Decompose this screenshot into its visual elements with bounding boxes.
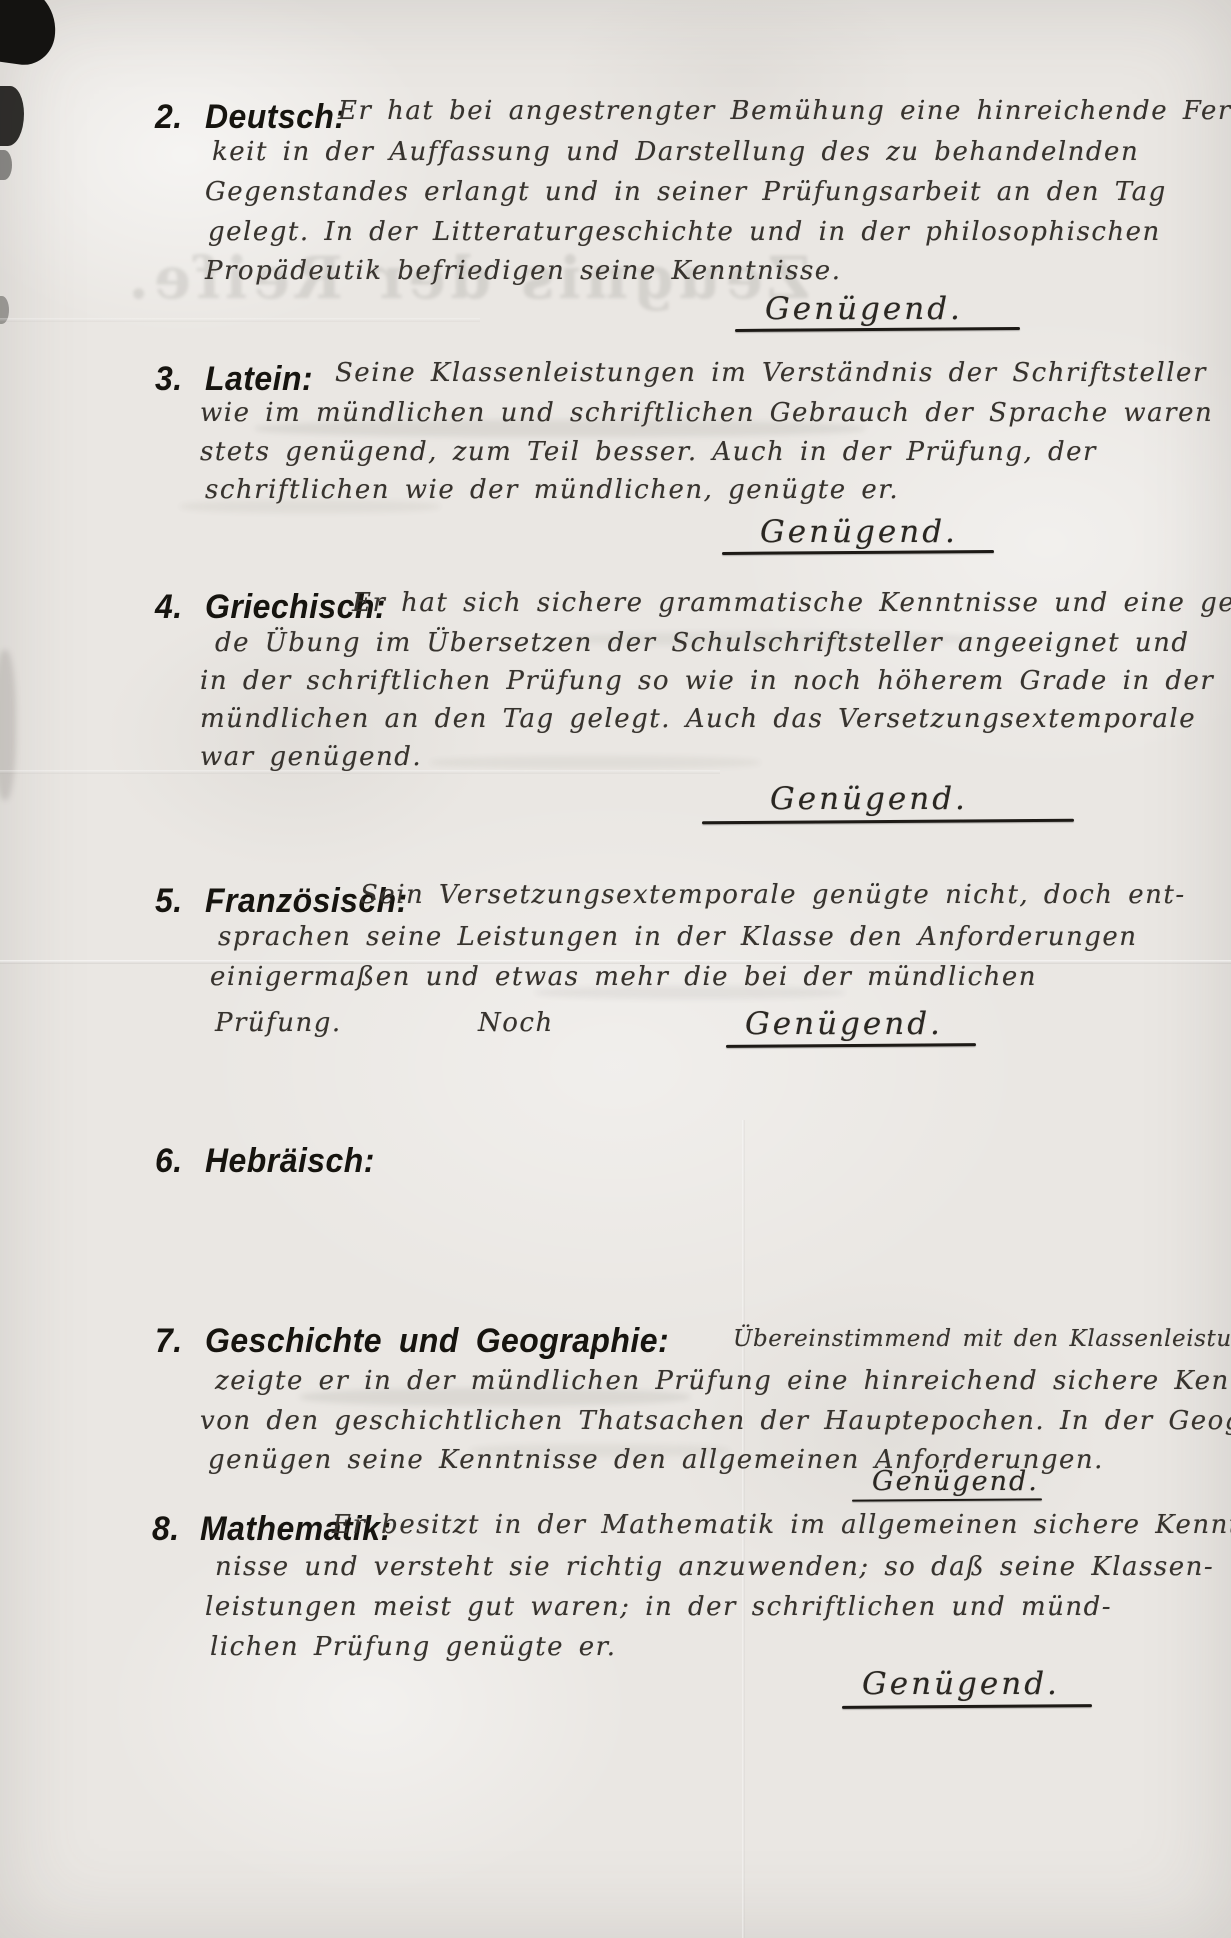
section-number: 4. xyxy=(155,588,183,627)
torn-corner-mark xyxy=(0,0,61,69)
handwriting-line: lichen Prüfung genügte er. xyxy=(210,1632,617,1662)
section-number: 6. xyxy=(155,1142,183,1181)
grade-handwritten: Genügend. xyxy=(872,1466,1039,1497)
edge-shadow xyxy=(0,650,16,800)
handwriting-line: Übereinstimmend mit den Klassenleistunge… xyxy=(733,1326,1231,1352)
handwriting-line: Prüfung. xyxy=(215,1008,342,1038)
handwriting-line: de Übung im Übersetzen der Schulschrifts… xyxy=(215,628,1189,658)
handwriting-line: schriftlichen wie der mündlichen, genügt… xyxy=(205,475,899,505)
grade-handwritten: Genügend. xyxy=(862,1666,1060,1702)
subject-label: Deutsch: xyxy=(205,98,346,137)
subject-label: Geschichte und Geographie: xyxy=(205,1322,669,1361)
grade-underline xyxy=(735,327,1020,332)
handwriting-line: einigermaßen und etwas mehr die bei der … xyxy=(210,962,1037,992)
handwriting-line: Sein Versetzungsextemporale genügte nich… xyxy=(360,880,1186,910)
handwriting-line: gelegt. In der Litteraturgeschichte und … xyxy=(208,217,1161,247)
handwriting-line: sprachen seine Leistungen in der Klasse … xyxy=(218,922,1137,952)
grade-underline xyxy=(702,819,1074,825)
grade-underline xyxy=(726,1043,976,1048)
handwriting-line: keit in der Auffassung und Darstellung d… xyxy=(212,137,1139,167)
grade-underline xyxy=(722,550,994,555)
handwriting-line: wie im mündlichen und schriftlichen Gebr… xyxy=(200,398,1213,428)
edge-spot xyxy=(0,150,12,180)
subject-label: Latein: xyxy=(205,360,313,399)
handwriting-line: Er hat sich sichere grammatische Kenntni… xyxy=(352,588,1231,618)
handwriting-line: Seine Klassenleistungen im Verständnis d… xyxy=(335,358,1207,388)
section-number: 8. xyxy=(152,1510,180,1549)
grade-underline xyxy=(842,1704,1092,1709)
handwriting-line: leistungen meist gut waren; in der schri… xyxy=(205,1592,1112,1622)
grade-handwritten: Genügend. xyxy=(770,781,968,817)
certificate-page: Zeugnis der Reife. 2. Deutsch: Er hat be… xyxy=(0,0,1231,1938)
grade-handwritten: Genügend. xyxy=(765,291,963,327)
grade-handwritten: Genügend. xyxy=(760,514,958,550)
section-number: 3. xyxy=(155,360,183,399)
handwriting-note: Noch xyxy=(478,1008,554,1038)
section-number: 7. xyxy=(155,1322,183,1361)
handwriting-line: zeigte er in der mündlichen Prüfung eine… xyxy=(215,1366,1231,1396)
handwriting-line: mündlichen an den Tag gelegt. Auch das V… xyxy=(200,704,1196,734)
handwriting-line: stets genügend, zum Teil besser. Auch in… xyxy=(200,437,1097,467)
handwriting-line: Er besitzt in der Mathematik im allgemei… xyxy=(332,1510,1231,1540)
handwriting-line: Propädeutik befriedigen seine Kenntnisse… xyxy=(205,256,841,286)
grade-handwritten: Genügend. xyxy=(745,1006,943,1042)
torn-edge-mark xyxy=(0,86,24,146)
subject-label: Hebräisch: xyxy=(205,1142,375,1181)
handwriting-line: in der schriftlichen Prüfung so wie in n… xyxy=(200,666,1214,696)
paper-crease xyxy=(0,318,480,322)
handwriting-line: von den geschichtlichen Thatsachen der H… xyxy=(200,1406,1231,1436)
section-number: 2. xyxy=(155,98,183,137)
handwriting-line: nisse und versteht sie richtig anzuwende… xyxy=(215,1552,1214,1582)
handwriting-line: war genügend. xyxy=(200,742,422,772)
bleedthrough-smudge xyxy=(430,756,760,769)
handwriting-line: Gegenstandes erlangt und in seiner Prüfu… xyxy=(205,177,1167,207)
grade-underline xyxy=(852,1498,1042,1501)
handwriting-line: Er hat bei angestrengter Bemühung eine h… xyxy=(338,96,1231,126)
section-number: 5. xyxy=(155,882,183,921)
